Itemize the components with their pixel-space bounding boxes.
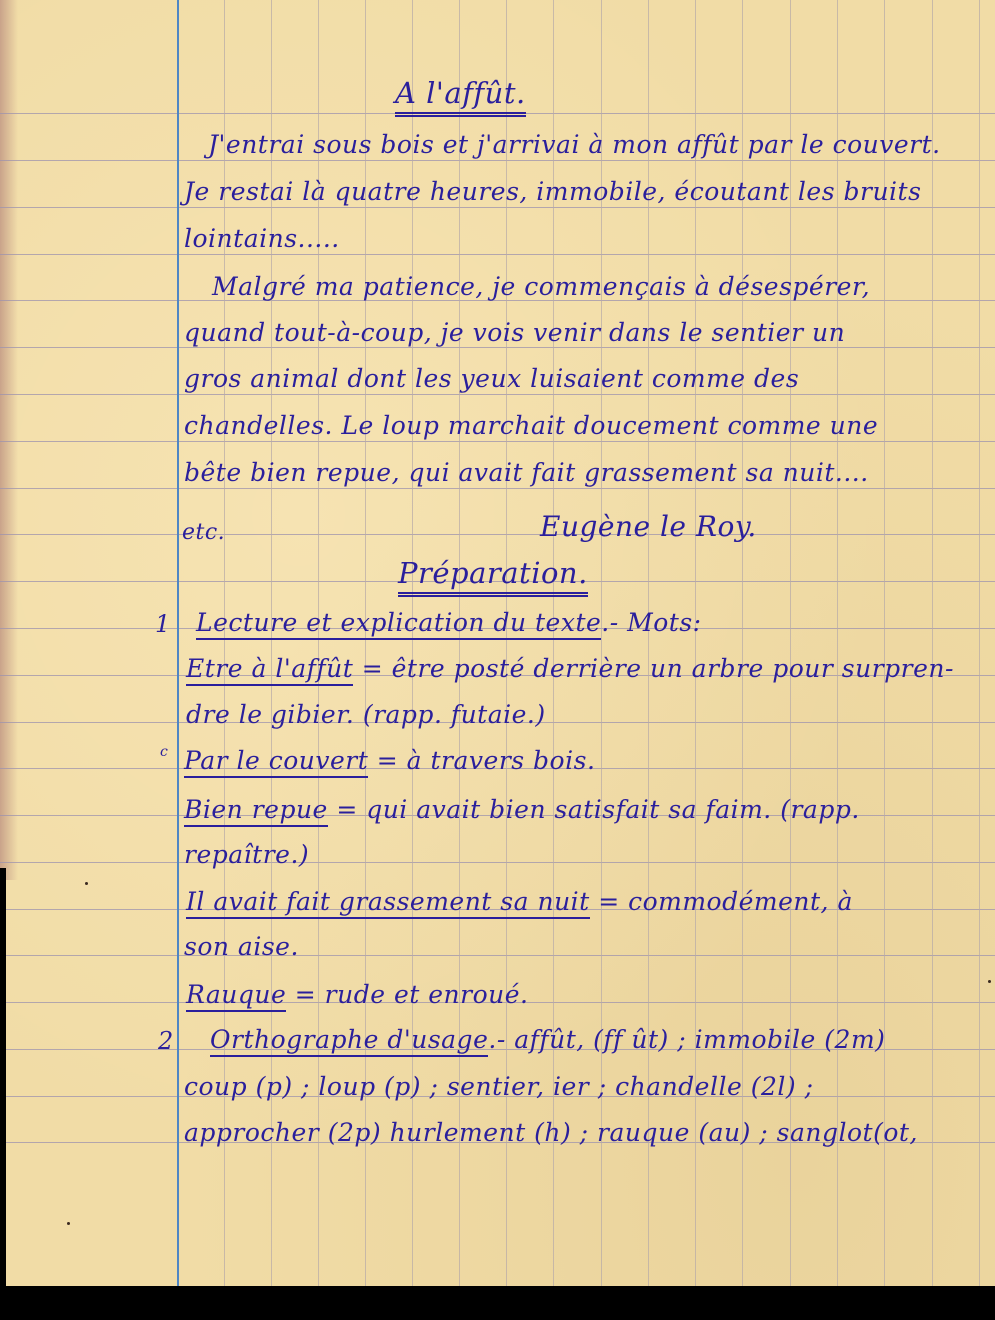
text-line: Malgré ma patience, je commençais à dése… xyxy=(212,272,870,301)
section-number: 2 xyxy=(158,1027,174,1055)
vocab-term: Il avait fait grassement sa nuit xyxy=(186,887,590,919)
rule-line xyxy=(0,441,995,442)
rule-line xyxy=(0,254,995,255)
vocab-entry: Etre à l'affût = être posté derrière un … xyxy=(186,654,954,683)
rule-line xyxy=(0,394,995,395)
section-number: 1 xyxy=(155,610,171,638)
title-text: A l'affût. xyxy=(395,76,526,117)
vocab-term: Etre à l'affût xyxy=(186,654,353,686)
rule-line xyxy=(0,488,995,489)
vocab-term: Rauque xyxy=(186,980,286,1012)
vocab-entry: Rauque = rude et enroué. xyxy=(186,980,529,1009)
section1-heading: Lecture et explication du texte.- Mots: xyxy=(196,608,702,637)
paper-speck xyxy=(67,1222,70,1225)
rule-line xyxy=(0,160,995,161)
vocab-term: Bien repue xyxy=(184,795,328,827)
text-line: bête bien repue, qui avait fait grasseme… xyxy=(184,458,869,487)
vocab-entry: Par le couvert = à travers bois. xyxy=(184,746,595,775)
text-title: A l'affût. xyxy=(395,76,526,110)
text-line: quand tout-à-coup, je vois venir dans le… xyxy=(184,318,845,347)
text-line: lointains..... xyxy=(184,224,340,253)
text-line: J'entrai sous bois et j'arrivai à mon af… xyxy=(208,130,941,159)
section-title: Préparation. xyxy=(398,556,588,590)
vocab-definition: = rude et enroué. xyxy=(295,980,529,1009)
vocab-definition: = qui avait bien satisfait sa faim. (rap… xyxy=(336,795,859,824)
vocab-entry: Bien repue = qui avait bien satisfait sa… xyxy=(184,795,860,824)
vocab-definition: = être posté derrière un arbre pour surp… xyxy=(362,654,954,683)
rule-line xyxy=(0,534,995,535)
section1-heading-suffix: .- Mots: xyxy=(601,608,701,637)
text-line: chandelles. Le loup marchait doucement c… xyxy=(184,411,878,440)
margin-mark: c xyxy=(160,744,168,760)
paper-speck xyxy=(85,882,88,885)
vocab-continuation: repaître.) xyxy=(184,840,309,869)
page-edge-shadow xyxy=(0,0,18,880)
text-line: Je restai là quatre heures, immobile, éc… xyxy=(184,177,921,206)
vocab-entry: Il avait fait grassement sa nuit = commo… xyxy=(186,887,853,916)
scan-border xyxy=(0,868,6,1288)
spelling-line: coup (p) ; loup (p) ; sentier, ier ; cha… xyxy=(184,1072,814,1101)
paper-speck xyxy=(988,980,991,983)
author-signature: Eugène le Roy. xyxy=(540,510,757,543)
rule-line xyxy=(0,862,995,863)
section2-heading-suffix: .- affût, (ff ût) ; immobile (2m) xyxy=(488,1025,885,1054)
rule-line xyxy=(0,347,995,348)
grid-line xyxy=(932,0,933,1286)
grid-line xyxy=(979,0,980,1286)
margin-line xyxy=(177,0,179,1286)
vocab-definition: = à travers bois. xyxy=(377,746,596,775)
rule-line xyxy=(0,955,995,956)
text-line: gros animal dont les yeux luisaient comm… xyxy=(184,364,799,393)
vocab-definition: = commodément, à xyxy=(598,887,853,916)
vocab-continuation: dre le gibier. (rapp. futaie.) xyxy=(186,700,546,729)
etc-text: etc. xyxy=(182,520,225,545)
rule-line xyxy=(0,207,995,208)
section-title-text: Préparation. xyxy=(398,556,588,597)
section2-heading: Orthographe d'usage.- affût, (ff ût) ; i… xyxy=(210,1025,885,1054)
vocab-continuation: son aise. xyxy=(184,932,299,961)
spelling-line: approcher (2p) hurlement (h) ; rauque (a… xyxy=(184,1118,918,1147)
section2-heading-text: Orthographe d'usage xyxy=(210,1025,488,1057)
notebook-page: A l'affût. J'entrai sous bois et j'arriv… xyxy=(0,0,995,1286)
vocab-term: Par le couvert xyxy=(184,746,368,778)
section1-heading-text: Lecture et explication du texte xyxy=(196,608,601,640)
